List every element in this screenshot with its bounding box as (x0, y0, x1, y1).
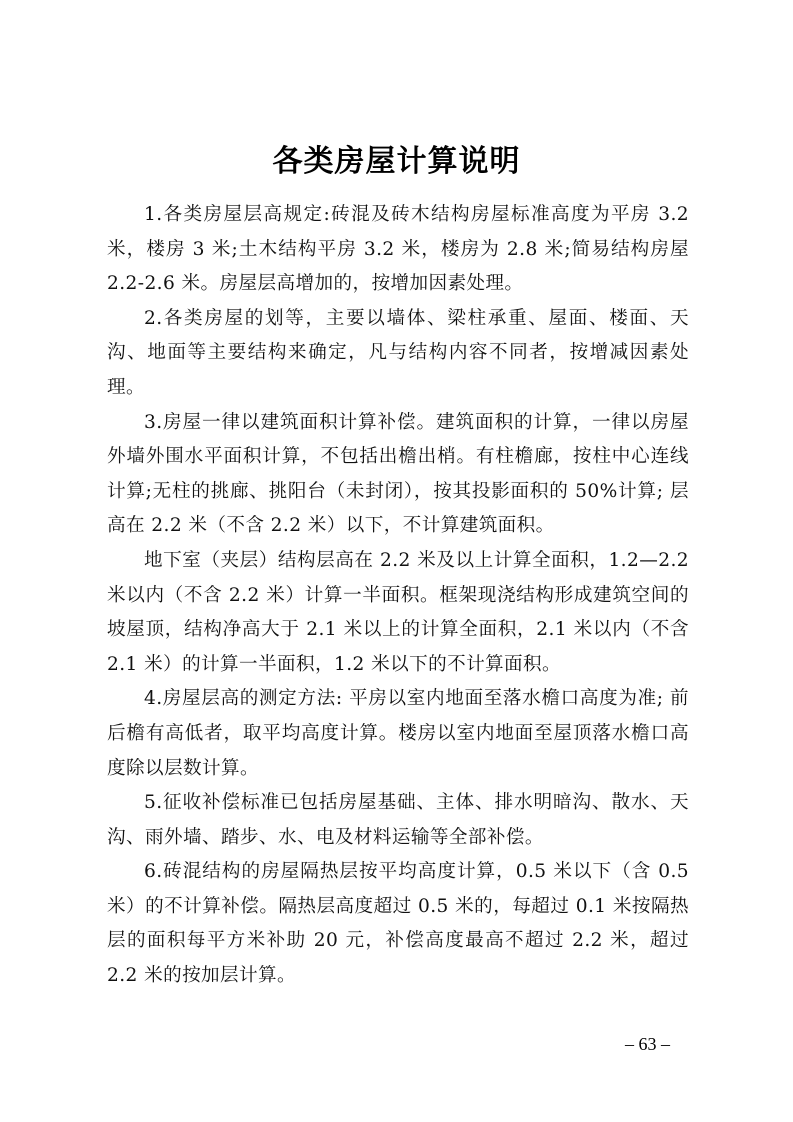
document-body: 1.各类房屋层高规定:砖混及砖木结构房屋标准高度为平房 3.2 米，楼房 3 米… (107, 198, 689, 994)
paragraph-5: 5.征收补偿标准已包括房屋基础、主体、排水明暗沟、散水、天沟、雨外墙、踏步、水、… (107, 786, 689, 855)
paragraph-3-basement: 地下室（夹层）结构层高在 2.2 米及以上计算全面积，1.2—2.2 米以内（不… (107, 544, 689, 682)
document-title: 各类房屋计算说明 (0, 136, 793, 180)
paragraph-6: 6.砖混结构的房屋隔热层按平均高度计算，0.5 米以下（含 0.5 米）的不计算… (107, 855, 689, 993)
paragraph-1: 1.各类房屋层高规定:砖混及砖木结构房屋标准高度为平房 3.2 米，楼房 3 米… (107, 198, 689, 302)
paragraph-2: 2.各类房屋的划等，主要以墙体、梁柱承重、屋面、楼面、天沟、地面等主要结构来确定… (107, 302, 689, 406)
paragraph-3: 3.房屋一律以建筑面积计算补偿。建筑面积的计算，一律以房屋外墙外围水平面积计算，… (107, 406, 689, 544)
page-number: – 63 – (625, 1034, 670, 1055)
paragraph-4: 4.房屋层高的测定方法: 平房以室内地面至落水檐口高度为准; 前后檐有高低者，取… (107, 682, 689, 786)
